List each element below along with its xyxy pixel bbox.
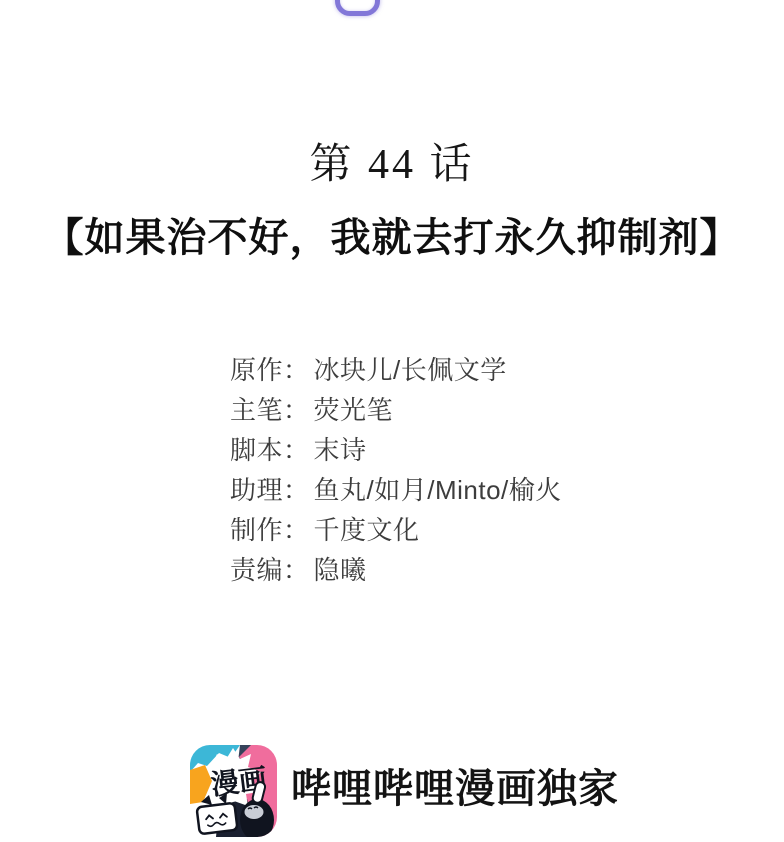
credits-list: 原作：冰块儿/长佩文学 主笔：荧光笔 脚本：末诗 助理：鱼丸/如月/Minto/… bbox=[230, 350, 562, 590]
credit-separator: ： bbox=[283, 435, 310, 465]
tv-face-icon bbox=[197, 803, 238, 834]
credit-value: 冰块儿/长佩文学 bbox=[314, 355, 507, 385]
decorative-ring bbox=[335, 0, 380, 16]
credit-label: 制作 bbox=[230, 515, 283, 545]
credit-label: 责编 bbox=[230, 555, 283, 585]
credit-row-production: 制作：千度文化 bbox=[230, 510, 562, 550]
credit-row-editor: 责编：隐曦 bbox=[230, 550, 562, 590]
publisher-footer: 漫画 bbox=[190, 745, 619, 837]
credit-separator: ： bbox=[283, 475, 310, 505]
credit-value: 鱼丸/如月/Minto/榆火 bbox=[314, 475, 562, 505]
credit-row-lead-artist: 主笔：荧光笔 bbox=[230, 390, 562, 430]
credit-separator: ： bbox=[283, 555, 310, 585]
credit-row-original-work: 原作：冰块儿/长佩文学 bbox=[230, 350, 562, 390]
publisher-exclusive-text: 哔哩哔哩漫画独家 bbox=[291, 757, 619, 814]
credit-value: 荧光笔 bbox=[314, 395, 394, 425]
credit-label: 原作 bbox=[230, 355, 283, 385]
credit-label: 脚本 bbox=[230, 435, 283, 465]
credit-separator: ： bbox=[283, 515, 310, 545]
bilibili-manga-logo-icon: 漫画 bbox=[190, 745, 277, 837]
credit-value: 末诗 bbox=[314, 435, 367, 465]
credit-label: 主笔 bbox=[230, 395, 283, 425]
chapter-subtitle: 【如果治不好，我就去打永久抑制剂】 bbox=[0, 216, 784, 260]
credit-value: 千度文化 bbox=[314, 515, 420, 545]
credits-page: 第 44 话 【如果治不好，我就去打永久抑制剂】 原作：冰块儿/长佩文学 主笔：… bbox=[0, 0, 784, 842]
credit-separator: ： bbox=[283, 395, 310, 425]
credit-value: 隐曦 bbox=[314, 555, 367, 585]
credit-label: 助理 bbox=[230, 475, 283, 505]
credit-row-script: 脚本：末诗 bbox=[230, 430, 562, 470]
credit-row-assistants: 助理：鱼丸/如月/Minto/榆火 bbox=[230, 470, 562, 510]
credit-separator: ： bbox=[283, 355, 310, 385]
chapter-title: 第 44 话 bbox=[0, 143, 784, 187]
